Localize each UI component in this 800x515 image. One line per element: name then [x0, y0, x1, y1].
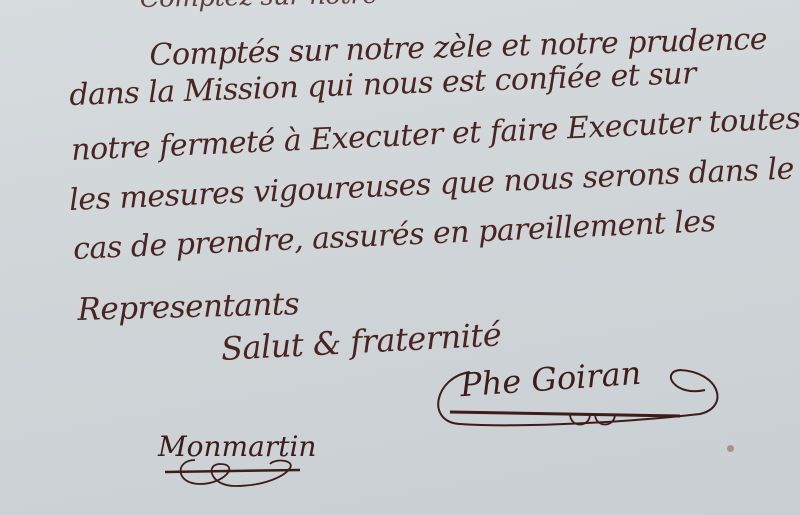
manuscript-page: Comptez sur notre Comptés sur notre zèle… [0, 0, 800, 515]
paper-stain [727, 445, 734, 452]
signature-goiran: Phe Goiran [430, 352, 720, 442]
letter-line-partial-top: Comptez sur notre [139, 0, 377, 14]
letter-line-representants: Representants [77, 286, 300, 328]
signature-name: Monmartin [158, 430, 316, 463]
signature-monmartin: Monmartin [150, 420, 330, 500]
